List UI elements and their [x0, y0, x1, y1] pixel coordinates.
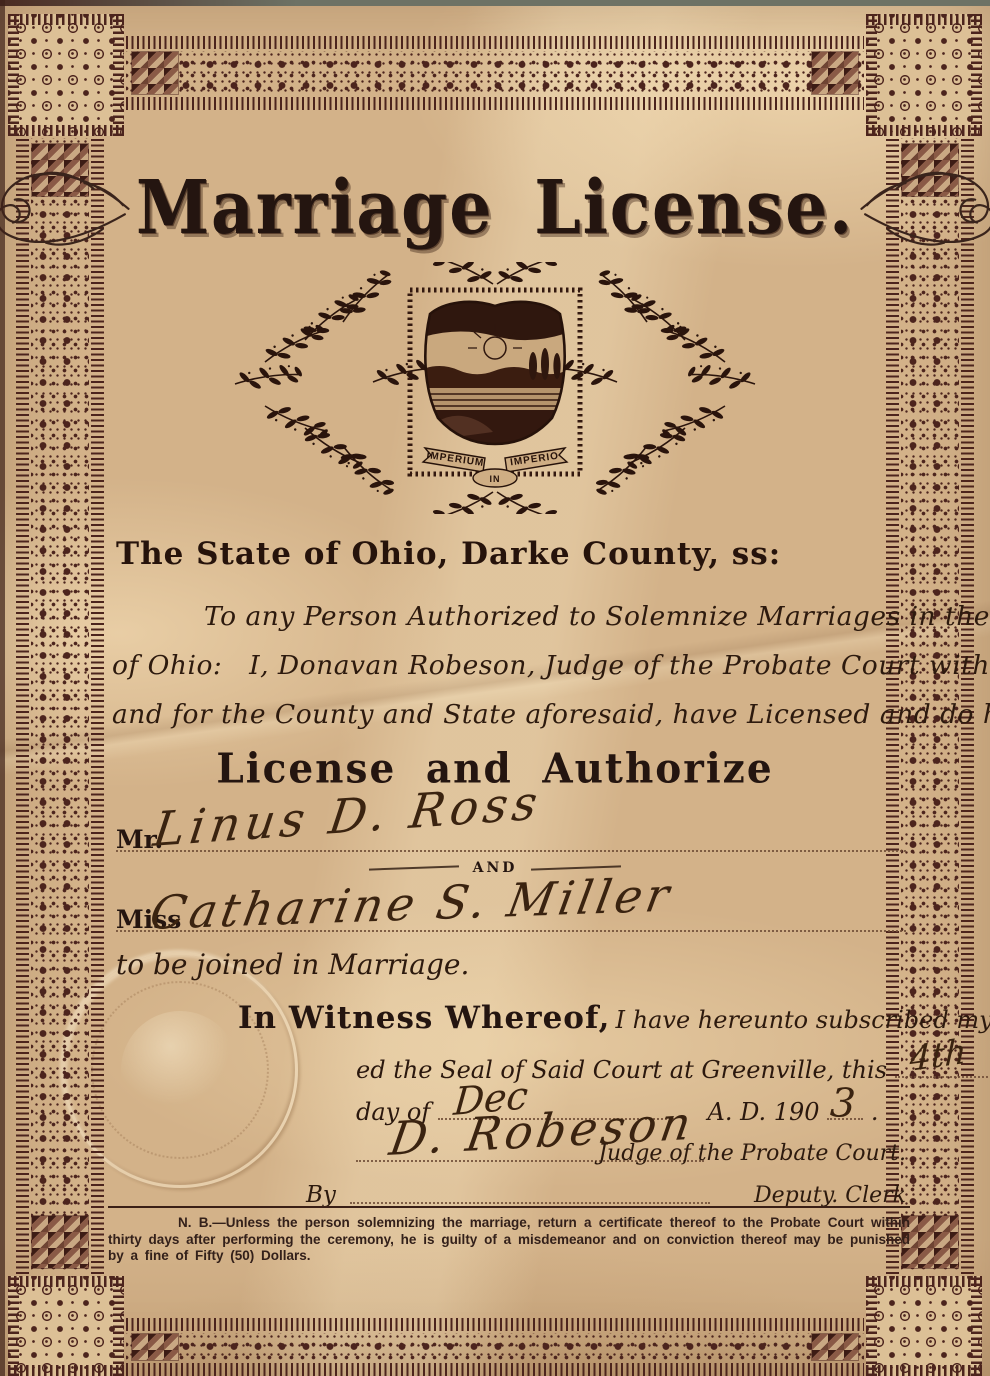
day-handwriting: 4th: [909, 1031, 967, 1080]
oak-branch-top: [426, 262, 565, 291]
border-dot-pattern: [126, 51, 864, 95]
authorization-line: of Ohio: I, Donavan Robeson, Judge of th…: [112, 641, 914, 690]
oak-branch-bottom: [426, 485, 565, 514]
border-strip-left: [16, 138, 104, 1274]
marriage-license-document: Marriage License.: [0, 0, 990, 1376]
border-cube-pattern: [902, 1216, 958, 1268]
authorization-line: To any Person Authorized to Solemnize Ma…: [112, 592, 914, 641]
witness-text-1: I have hereunto subscribed my name and a…: [616, 1006, 990, 1034]
flourish-icon: [0, 152, 132, 262]
border-cube-pattern: [32, 1216, 88, 1268]
flourish-icon: [858, 152, 990, 262]
witness-clause: In Witness Whereof, I have hereunto subs…: [238, 1000, 990, 1036]
border-strip-bottom: [126, 1318, 864, 1376]
deputy-label: Deputy. Clerk: [754, 1183, 906, 1208]
border-corner-top-left: [8, 14, 124, 136]
border-corner-top-right: [866, 14, 982, 136]
groom-row: Mr. Linus D. Ross: [116, 794, 906, 852]
dash-rule: [531, 865, 621, 870]
marriage-line: to be joined in Marriage.: [116, 948, 469, 981]
signature-row: D. Robeson Judge of the Probate Court.: [356, 1118, 906, 1162]
day-slot: 4th: [895, 1046, 990, 1078]
dotted-line: [350, 1202, 710, 1204]
border-corner-bottom-left: [8, 1276, 124, 1376]
oak-branch-right: [548, 263, 756, 502]
border-corner-bottom-right: [866, 1276, 982, 1376]
title-row: Marriage License.: [0, 142, 990, 272]
state-seal-vignette: IMPERIUM IMPERIO IN: [225, 262, 765, 514]
year-slot: 3: [827, 1088, 863, 1120]
witness-heading: In Witness Whereof,: [238, 1000, 610, 1036]
oak-branch-left: [234, 263, 442, 502]
border-strip-top: [126, 36, 864, 110]
deputy-row: By Deputy. Clerk: [306, 1172, 906, 1206]
notice-rule: [108, 1206, 910, 1208]
border-dot-pattern: [31, 138, 89, 1274]
border-cube-pattern: [132, 1334, 178, 1360]
notice-text: N. B.—Unless the person solemnizing the …: [108, 1215, 910, 1265]
border-dot-pattern: [126, 1333, 864, 1361]
document-title: Marriage License.: [136, 163, 854, 250]
conjunction-row: AND: [0, 860, 990, 876]
border-cube-pattern: [812, 1334, 858, 1360]
border-cube-pattern: [132, 52, 178, 94]
motto-center-text: IN: [490, 474, 501, 484]
authorization-paragraph: To any Person Authorized to Solemnize Ma…: [112, 592, 914, 739]
witness-text-2: ed the Seal of Said Court at Greenville,…: [356, 1056, 887, 1084]
witness-seal-line: ed the Seal of Said Court at Greenville,…: [356, 1046, 990, 1084]
authorization-line: and for the County and State aforesaid, …: [112, 690, 914, 739]
motto-ribbon: IMPERIUM IMPERIO IN: [423, 448, 567, 487]
ohio-seal-shield: [420, 298, 570, 448]
dash-rule: [369, 865, 459, 870]
judge-title-label: Judge of the Probate Court.: [598, 1141, 906, 1166]
border-cube-pattern: [812, 52, 858, 94]
by-label: By: [306, 1182, 336, 1208]
jurisdiction-heading: The State of Ohio, Darke County, ss:: [116, 536, 781, 572]
conjunction-label: AND: [473, 860, 518, 876]
bride-row: Miss Catharine S. Miller: [116, 874, 906, 932]
